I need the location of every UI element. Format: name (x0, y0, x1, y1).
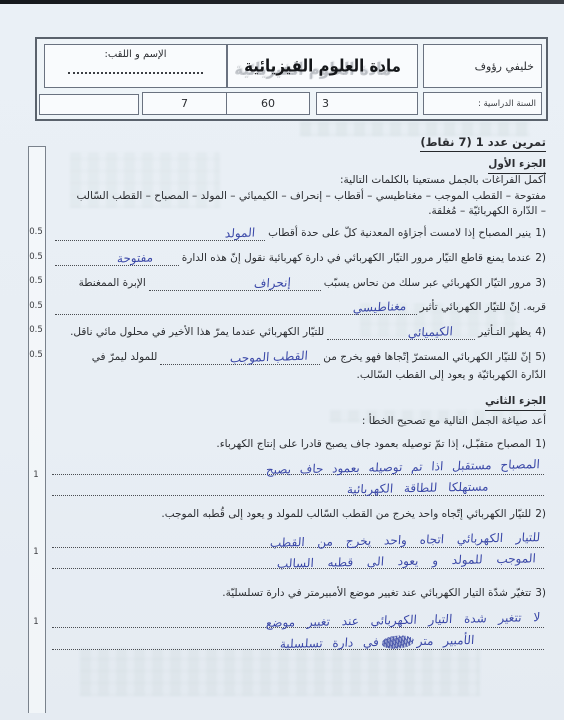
subject-title: مادة العلوم الفيزيائية (244, 56, 401, 76)
header-empty-cell (39, 94, 139, 115)
blank-line: مغناطيسي (55, 302, 417, 315)
exercise-title: تمرين عدد 1 (7 نقاط) (420, 135, 546, 152)
word-bank-line2: – الدّارة الكهربائيّة – مُغلقة. (52, 204, 546, 219)
question-text: المصباح متقبّـل، إذا تمّ توصيله بعمود جا… (216, 437, 531, 452)
item-number: 1) (535, 226, 546, 241)
part1-heading: الجزء الأول (488, 157, 546, 174)
blank-line: مفتوحة (55, 253, 179, 266)
item-text-end: للتيّار الكهربائي عندما يمرّ هذا الأخير … (70, 325, 324, 340)
part2-heading: الجزء الثاني (485, 394, 546, 411)
handwritten-answer-line: للتيار الكهربائي اتجاه واحد يخرج من القط… (269, 530, 540, 550)
handwritten-answer-line: الموجب للمولد و يعود الى قطبه السالب (277, 551, 537, 570)
item-text: عندما يمنع قاطع التيّار مرور التيّار الك… (182, 251, 531, 266)
blank-line: القطب الموجب (160, 352, 320, 365)
header-number-60-cell: 60 (226, 92, 310, 115)
item-text-end: للمولد ليمرّ في (92, 350, 158, 365)
mark-badge: 1 (28, 617, 44, 627)
teacher-name-cell: خليفي رؤوف (423, 44, 542, 88)
fill-item-row-1: 1) ينير المصباح إذا لامست أجزاؤه المعدني… (52, 226, 546, 241)
part1-heading-line: الجزء الأول (52, 157, 546, 174)
handwritten-answer: الكيميائي (408, 324, 454, 341)
question-row-2: 2) للتيّار الكهربائي إتّجاه واحد يخرج من… (52, 507, 546, 522)
handwritten-answer: القطب الموجب (230, 349, 309, 367)
question-number: 1) (535, 437, 546, 452)
exercise-title-line: تمرين عدد 1 (7 نقاط) (52, 135, 546, 152)
teacher-name: خليفي رؤوف (475, 60, 534, 73)
header-frame: خليفي رؤوف السنة الدراسية : مادة العلوم … (35, 37, 548, 121)
part1-instruction: أكمل الفراغات بالجمل مستعينا بالكلمات ال… (52, 173, 546, 188)
handwritten-answer: مفتوحة (116, 250, 153, 266)
header-number-7: 7 (181, 97, 188, 110)
fill-item-row-3b: قربه. إنّ للتيّار الكهربائي تأثير مغناطي… (52, 300, 546, 315)
fill-item-row-5: 5) إنّ للتيّار الكهربائي المستمرّ إتّجاه… (52, 350, 546, 365)
handwritten-answer: مغناطيسي (353, 299, 407, 316)
question-text: للتيّار الكهربائي إتّجاه واحد يخرج من ال… (161, 507, 531, 522)
blank-line: إنحراف (149, 278, 321, 291)
mark-badge: 0.5 (28, 325, 44, 335)
subject-title-cell: مادة العلوم الفيزيائية (227, 44, 418, 88)
question-number: 3) (535, 586, 546, 601)
mark-badge: 1 (28, 470, 44, 480)
header-number-7-cell: 7 (142, 92, 227, 115)
answer-dotted-line: المصباح مستقبل اذا تم توصيله بعمود جاف ي… (52, 456, 544, 475)
student-name-dots-line (68, 66, 204, 74)
header-number-3-cell: 3 (316, 92, 418, 115)
bleed-through-smudge (80, 648, 480, 696)
blank-line: الكيميائي (327, 327, 475, 340)
handwritten-answer: المولد (225, 225, 256, 241)
fill-item-row-4: 4) يظهر التـأثير الكيميائي للتيّار الكهر… (52, 325, 546, 340)
answer-dotted-line: للتيار الكهربائي اتجاه واحد يخرج من القط… (52, 529, 544, 548)
header-number-60: 60 (261, 97, 275, 110)
item-number: 3) (535, 276, 546, 291)
student-name-label: الإسم و اللقب: (104, 49, 166, 60)
handwritten-answer-part: الأمبير متر (416, 633, 474, 648)
question-row-3: 3) تتغيّر شدّة التيار الكهربائي عند تغيي… (52, 586, 546, 601)
question-row-1: 1) المصباح متقبّـل، إذا تمّ توصيله بعمود… (52, 437, 546, 452)
mark-badge: 0.5 (28, 252, 44, 262)
mark-badge: 0.5 (28, 301, 44, 311)
handwritten-answer-line: المصباح مستقبل اذا تم توصيله بعمود جاف ي… (266, 457, 541, 477)
mark-badge: 0.5 (28, 227, 44, 237)
item-text: إنّ للتيّار الكهربائي المستمرّ إتّجاها ف… (323, 350, 531, 365)
handwritten-answer-part: في دارة تسلسلية (279, 635, 379, 651)
fill-item-row-2: 2) عندما يمنع قاطع التيّار مرور التيّار … (52, 251, 546, 266)
mark-badge: 0.5 (28, 276, 44, 286)
mark-badge: 1 (28, 547, 44, 557)
item-text: قربه. إنّ للتيّار الكهربائي تأثير (420, 300, 546, 315)
school-year-cell: السنة الدراسية : (423, 92, 542, 115)
scan-top-edge (0, 0, 564, 4)
header-number-3: 3 (322, 97, 329, 110)
item-text: مرور التيّار الكهربائي عبر سلك من نحاس ي… (324, 276, 531, 291)
answer-dotted-line: مستهلكا للطاقة الكهربائية (52, 477, 544, 496)
bleed-through-smudge (300, 122, 530, 136)
item-number: 5) (535, 350, 546, 365)
question-text: تتغيّر شدّة التيار الكهربائي عند تغيير م… (222, 586, 531, 601)
handwritten-answer: إنحراف (253, 275, 291, 291)
fill-item-closing-line: الدّارة الكهربائيّة و يعود إلى القطب الس… (52, 368, 546, 383)
item-number: 4) (535, 325, 546, 340)
part2-instruction: أعد صياغة الجمل التالية مع تصحيح الخطأ : (52, 414, 546, 429)
handwritten-answer-line: الأمبير مترفي دارة تسلسلية (279, 633, 474, 651)
question-number: 2) (535, 507, 546, 522)
handwritten-answer-line: لا تتغير شدة التيار الكهربائي عند تغيير … (265, 610, 540, 630)
answer-dotted-line: الأمبير مترفي دارة تسلسلية (52, 631, 544, 650)
word-bank-line1: مفتوحة – القطب الموجب – مغناطيسي – أقطاب… (52, 189, 546, 204)
item-text-end: الإبرة الممغنطة (79, 276, 146, 291)
scribble-blot (381, 634, 413, 650)
student-name-cell: الإسم و اللقب: (44, 44, 227, 88)
answer-dotted-line: الموجب للمولد و يعود الى قطبه السالب (52, 550, 544, 569)
item-text: يظهر التـأثير (478, 325, 531, 340)
part2-heading-line: الجزء الثاني (52, 394, 546, 411)
item-text: ينير المصباح إذا لامست أجزاؤه المعدنية ك… (268, 226, 531, 241)
fill-item-row-3: 3) مرور التيّار الكهربائي عبر سلك من نحا… (52, 276, 546, 291)
mark-badge: 0.5 (28, 350, 44, 360)
item-number: 2) (535, 251, 546, 266)
school-year-label: السنة الدراسية : (478, 99, 536, 109)
blank-line: المولد (55, 228, 265, 241)
scanned-exam-page: { "page": { "background": "#e9eff5", "in… (0, 0, 564, 720)
handwritten-answer-line: مستهلكا للطاقة الكهربائية (347, 480, 490, 497)
answer-dotted-line: لا تتغير شدة التيار الكهربائي عند تغيير … (52, 609, 544, 628)
